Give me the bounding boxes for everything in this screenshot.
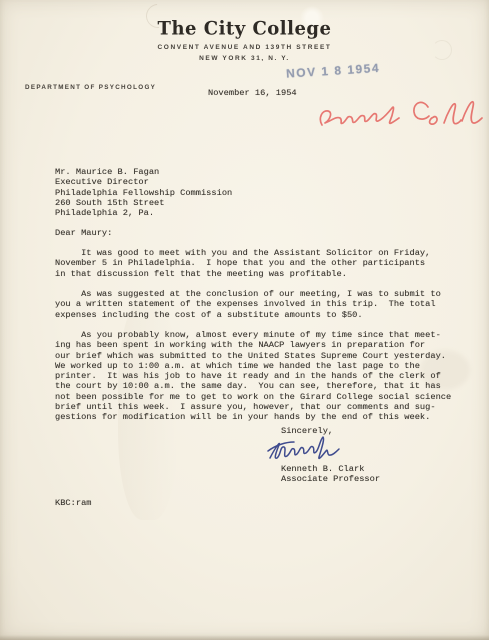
reference-initials: KBC:ram [55,498,92,508]
signer-title: Associate Professor [281,474,380,484]
signature-text: Kenneth [0,0,1,1]
recipient-address: Mr. Maurice B. Fagan Executive Director … [55,167,232,218]
letter-page: The City College CONVENT AVENUE AND 139T… [0,0,489,640]
page-edge-shadow [0,635,489,640]
letterhead-address-line2: NEW YORK 31, N. Y. [0,55,489,62]
letterhead-department: DEPARTMENT OF PSYCHOLOGY [25,84,156,91]
signer-name: Kenneth B. Clark [281,464,364,474]
handwritten-annotation-text: Girard Coll [0,0,1,1]
body-paragraph-3: As you probably know, almost every minut… [55,330,451,423]
letter-date: November 16, 1954 [208,88,297,98]
letterhead-institution: The City College [0,17,489,39]
letterhead-address-line1: CONVENT AVENUE AND 139TH STREET [0,44,489,51]
handwritten-annotation-red [316,90,486,142]
received-date-stamp: NOV 1 8 1954 [286,59,407,80]
body-paragraph-2: As was suggested at the conclusion of ou… [55,289,441,320]
body-paragraph-1: It was good to meet with you and the Ass… [55,248,430,279]
salutation: Dear Maury: [55,228,112,238]
